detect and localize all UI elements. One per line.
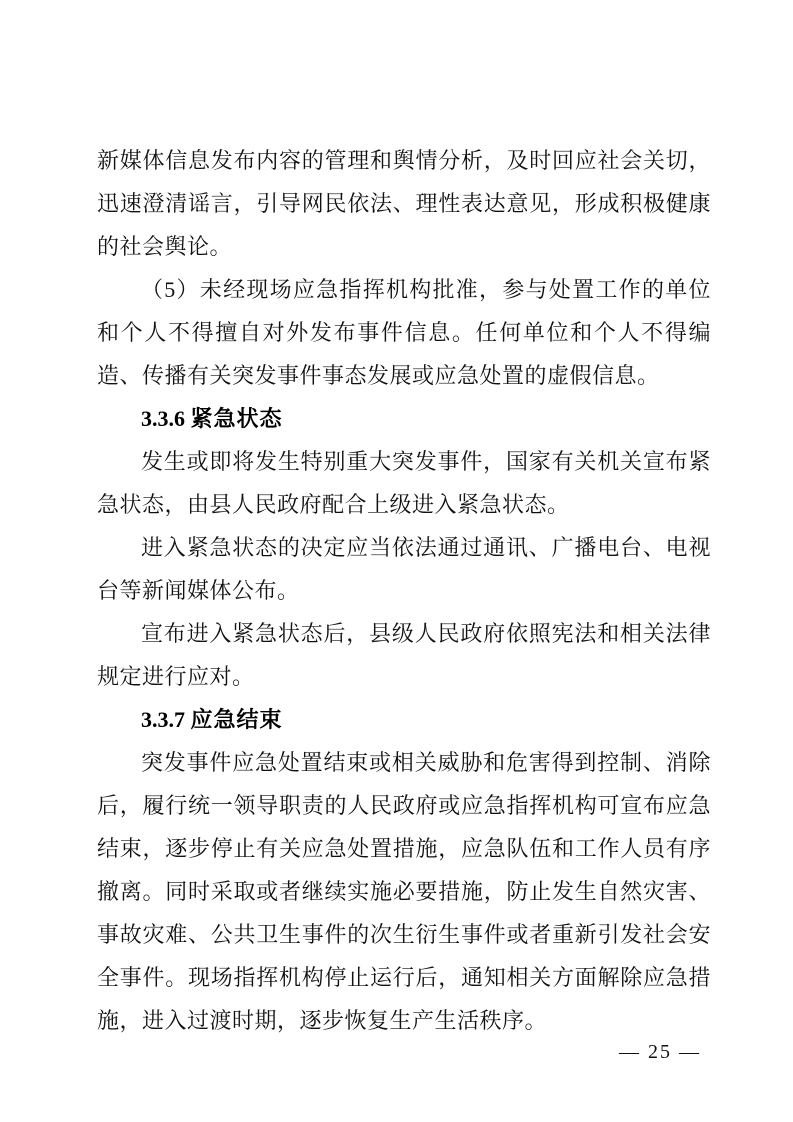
paragraph-item-5: （5）未经现场应急指挥机构批准，参与处置工作的单位和个人不得擅自对外发布事件信息… [97, 268, 711, 397]
section-title: 应急结束 [191, 707, 283, 732]
paragraph-body: 突发事件应急处置结束或相关威胁和危害得到控制、消除后，履行统一领导职责的人民政府… [97, 741, 711, 1042]
paragraph-body: 进入紧急状态的决定应当依法通过通讯、广播电台、电视台等新闻媒体公布。 [97, 526, 711, 612]
section-heading-3-3-6: 3.3.6 紧急状态 [97, 397, 711, 440]
page-number-footer: — 25 — [619, 1040, 701, 1064]
section-number: 3.3.7 [141, 707, 185, 732]
paragraph-continuation: 新媒体信息发布内容的管理和舆情分析，及时回应社会关切，迅速澄清谣言，引导网民依法… [97, 139, 711, 268]
section-title: 紧急状态 [191, 406, 283, 431]
document-page: 新媒体信息发布内容的管理和舆情分析，及时回应社会关切，迅速澄清谣言，引导网民依法… [0, 0, 793, 1122]
section-heading-3-3-7: 3.3.7 应急结束 [97, 698, 711, 741]
section-number: 3.3.6 [141, 406, 185, 431]
document-content: 新媒体信息发布内容的管理和舆情分析，及时回应社会关切，迅速澄清谣言，引导网民依法… [97, 139, 711, 1042]
paragraph-body: 宣布进入紧急状态后，县级人民政府依照宪法和相关法律规定进行应对。 [97, 612, 711, 698]
paragraph-body: 发生或即将发生特别重大突发事件，国家有关机关宣布紧急状态，由县人民政府配合上级进… [97, 440, 711, 526]
